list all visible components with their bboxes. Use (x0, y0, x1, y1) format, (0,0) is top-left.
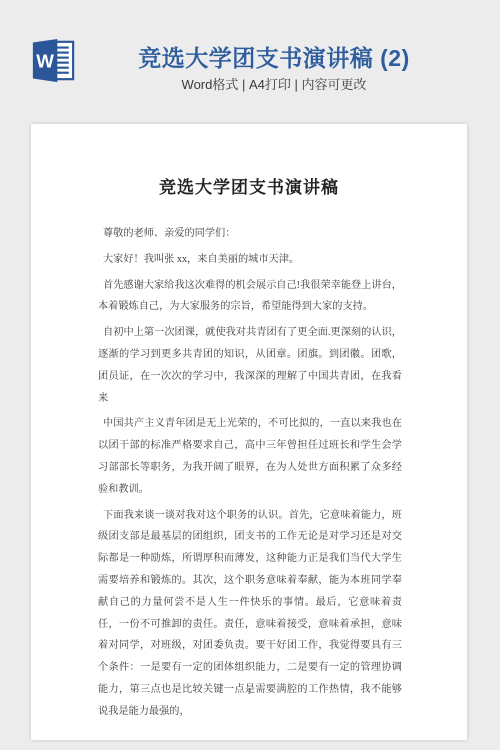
template-title: 竞选大学团支书演讲稿 (2) (48, 44, 500, 72)
template-subtitle: Word格式 | A4打印 | 内容可更改 (48, 77, 500, 93)
paragraph-league-class: 自初中上第一次团课，就使我对共青团有了更全面.更深刻的认识，逐渐的学习到更多共青… (98, 322, 402, 409)
paragraph-thanks: 首先感谢大家给我这次难得的机会展示自己!我很荣幸能登上讲台，本着锻炼自己，为大家… (98, 275, 402, 319)
document-page-preview[interactable]: 竞选大学团支书演讲稿 尊敬的老师、亲爱的同学们： 大家好！我叫张 xx，来自美丽… (31, 124, 467, 740)
paragraph-intro: 大家好！我叫张 xx，来自美丽的城市天津。 (98, 249, 402, 271)
paragraph-experience: 中国共产主义青年团是无上光荣的，不可比拟的，一直以来我也在以团干部的标准严格要求… (98, 413, 402, 500)
header: W 竞选大学团支书演讲稿 (2) Word格式 | A4打印 | 内容可更改 (0, 0, 500, 124)
paragraph-salutation: 尊敬的老师、亲爱的同学们： (98, 223, 402, 245)
header-text: 竞选大学团支书演讲稿 (2) Word格式 | A4打印 | 内容可更改 (48, 44, 500, 93)
document-title: 竞选大学团支书演讲稿 (31, 176, 467, 200)
page-number: 1 (31, 687, 467, 696)
document-body: 尊敬的老师、亲爱的同学们： 大家好！我叫张 xx，来自美丽的城市天津。 首先感谢… (98, 223, 402, 723)
